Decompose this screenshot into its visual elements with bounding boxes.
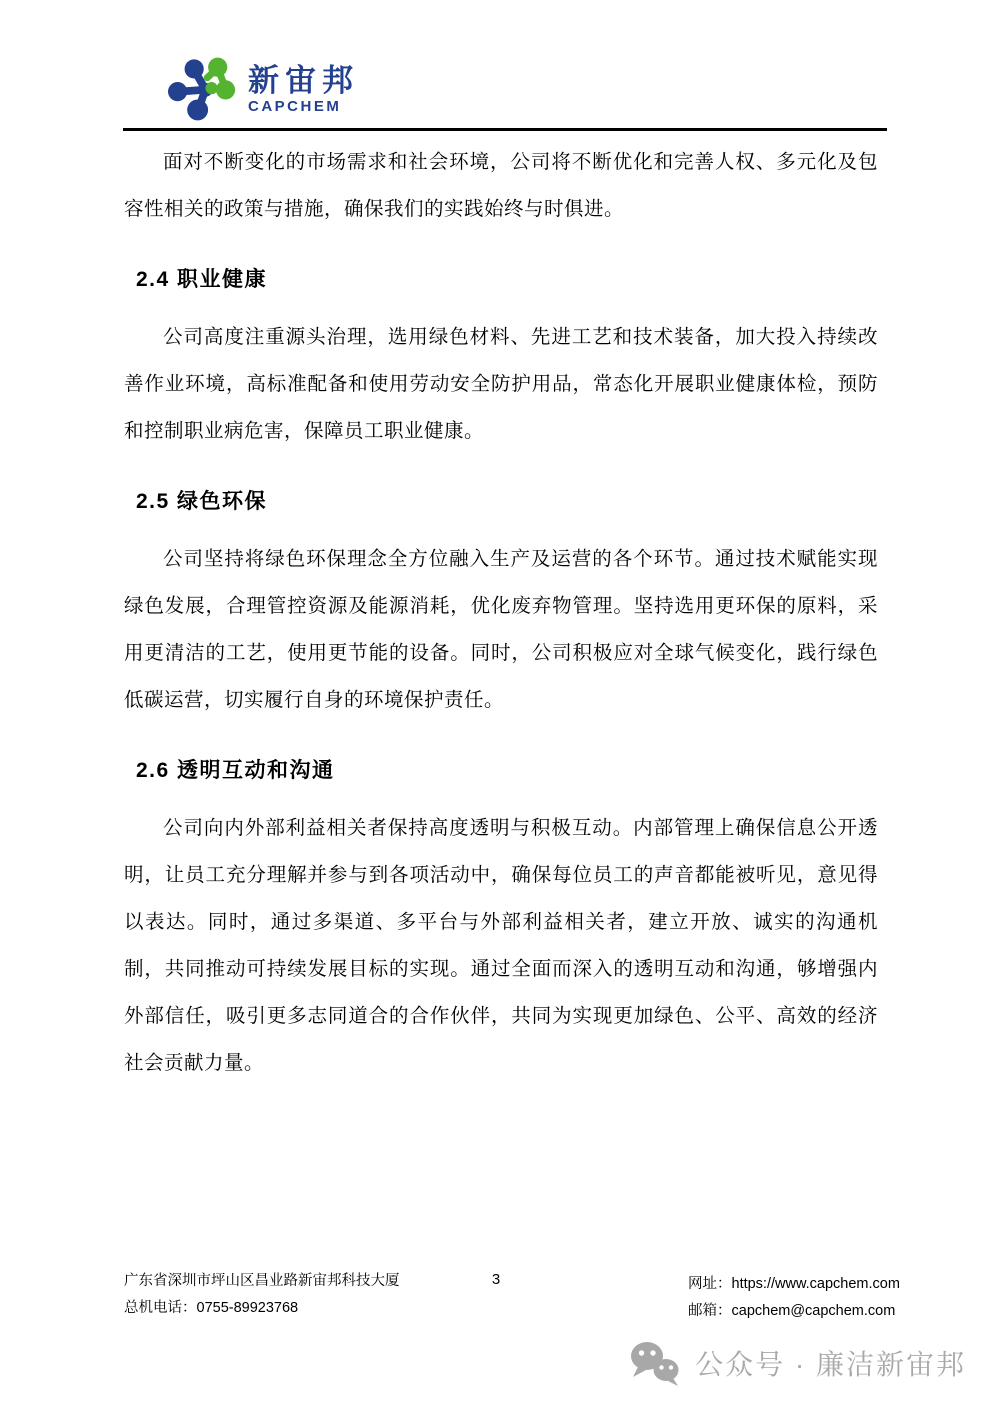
footer-email: 邮箱：capchem@capchem.com (688, 1298, 900, 1325)
footer-email-address: capchem@capchem.com (732, 1303, 896, 1319)
footer-phone: 总机电话：0755-89923768 (124, 1295, 400, 1322)
section-heading: 2.4 职业健康 (136, 266, 878, 293)
footer-website-url: https://www.capchem.com (732, 1276, 900, 1292)
logo-wordmark: 新宙邦 CAPCHEM (248, 64, 359, 115)
document-body: 面对不断变化的市场需求和社会环境，公司将不断优化和完善人权、多元化及包容性相关的… (124, 131, 878, 1087)
section-heading: 2.6 透明互动和沟通 (136, 757, 878, 784)
wechat-watermark: 公众号 · 廉洁新宙邦 (629, 1340, 966, 1386)
logo-name-cn: 新宙邦 (248, 64, 359, 98)
logo-name-en: CAPCHEM (248, 98, 359, 115)
company-logo: 新宙邦 CAPCHEM (168, 54, 359, 124)
footer-website-label: 网址： (688, 1276, 732, 1292)
watermark-text: 公众号 · 廉洁新宙邦 (695, 1343, 966, 1383)
section-transparent-communication: 2.6 透明互动和沟通 公司向内外部利益相关者保持高度透明与积极互动。内部管理上… (124, 757, 878, 1087)
footer-right: 网址：https://www.capchem.com 邮箱：capchem@ca… (688, 1271, 900, 1325)
wechat-icon (629, 1340, 681, 1386)
footer-email-label: 邮箱： (688, 1303, 732, 1319)
section-green-environment: 2.5 绿色环保 公司坚持将绿色环保理念全方位融入生产及运营的各个环节。通过技术… (124, 488, 878, 724)
document-page: 新宙邦 CAPCHEM 面对不断变化的市场需求和社会环境，公司将不断优化和完善人… (0, 0, 992, 1403)
section-paragraph: 公司向内外部利益相关者保持高度透明与积极互动。内部管理上确保信息公开透明，让员工… (124, 805, 878, 1087)
section-heading: 2.5 绿色环保 (136, 488, 878, 515)
footer-website: 网址：https://www.capchem.com (688, 1271, 900, 1298)
section-paragraph: 公司坚持将绿色环保理念全方位融入生产及运营的各个环节。通过技术赋能实现绿色发展，… (124, 536, 878, 724)
intro-paragraph: 面对不断变化的市场需求和社会环境，公司将不断优化和完善人权、多元化及包容性相关的… (124, 139, 878, 233)
footer-phone-number: 0755-89923768 (197, 1300, 299, 1316)
section-paragraph: 公司高度注重源头治理，选用绿色材料、先进工艺和技术装备，加大投入持续改善作业环境… (124, 314, 878, 455)
footer-phone-label: 总机电话： (124, 1300, 197, 1316)
section-occupational-health: 2.4 职业健康 公司高度注重源头治理，选用绿色材料、先进工艺和技术装备，加大投… (124, 266, 878, 455)
capchem-molecule-icon (168, 54, 236, 124)
